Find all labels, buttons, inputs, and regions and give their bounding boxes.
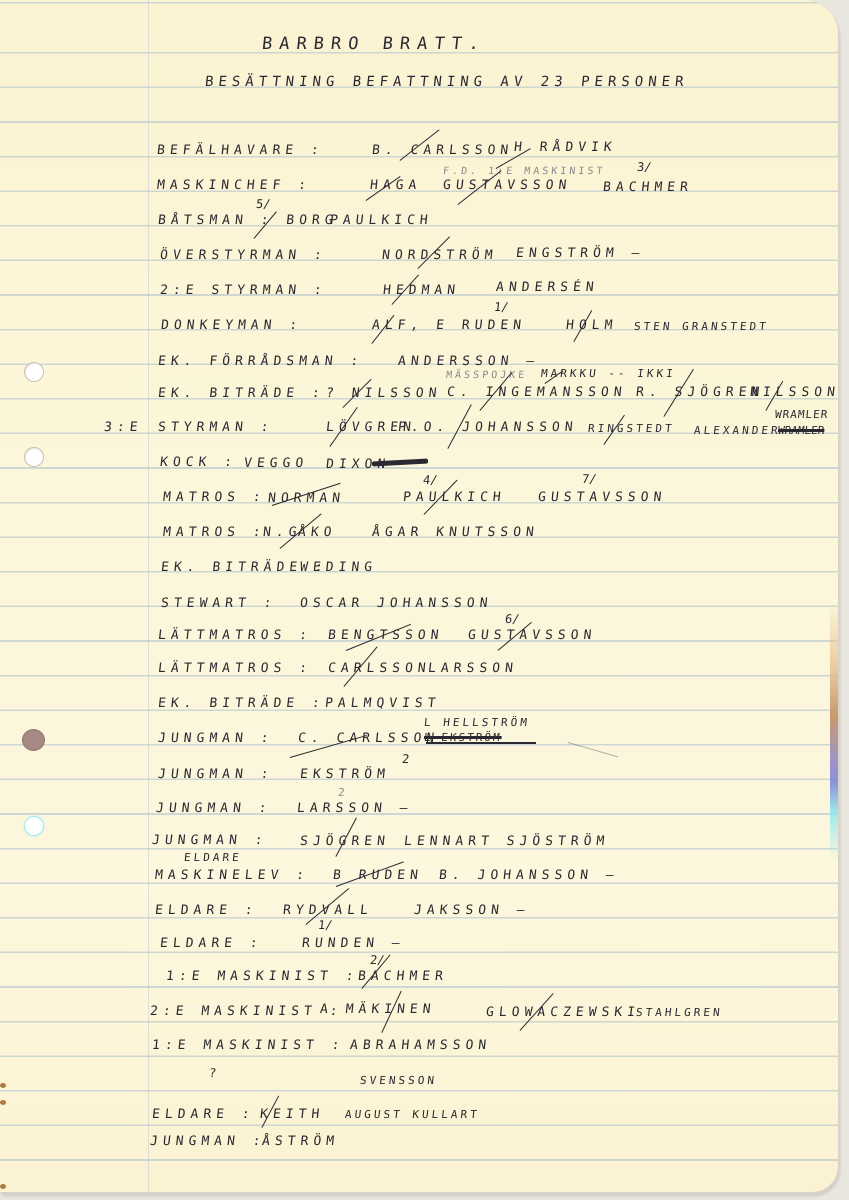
superscript-number: 6/ [504,612,520,626]
crew-name: B. JOHANSSON — [438,868,619,883]
crew-name: ALEXANDER [693,424,781,437]
role-label: DONKEYMAN : [160,318,303,333]
correction-note: L HELLSTRÖM [423,716,530,729]
punch-hole [24,362,44,382]
role-label: MASKINCHEF : [156,178,311,193]
crossed-out-name: WRAMLER [777,424,825,437]
superscript-number: 3/ [636,160,652,174]
role-label: JUNGMAN : [155,801,272,816]
superscript-number: 2 [401,752,410,766]
role-label: 2:E MASKINIST : [149,1004,343,1019]
crew-name: ALF, E RUDEN [371,318,526,333]
role-label: KOCK : [159,455,238,470]
document-subtitle: BESÄTTNING BEFATTNING AV 23 PERSONER [204,74,689,90]
superscript-number: 1/ [493,300,509,314]
crew-name: CARLSSON [327,661,431,676]
crew-name: OSCAR JOHANSSON [299,596,493,611]
superscript-number: 1/ [317,918,333,932]
role-label: ELDARE : [151,1107,255,1122]
superscript-number: 7/ [581,472,597,486]
crew-name: ENGSTRÖM — [515,246,645,261]
role-label: ELDARE : [159,936,263,951]
role-label: BEFÄLHAVARE : [156,143,324,158]
correction-note: WRAMLER [774,408,829,421]
role-label: LÄTTMATROS : [157,661,312,676]
role-label: STYRMAN : [157,420,274,435]
crew-name: RUNDEN — [301,936,405,951]
punch-hole [24,447,44,467]
crew-name: BACHMER [602,180,693,195]
crew-name: NORDSTRÖM [381,248,498,263]
crew-name: SVENSSON [359,1074,437,1087]
role-label: ÖVERSTYRMAN : [159,248,327,263]
crew-name: STAHLGREN [635,1006,723,1019]
crew-name: PALMQVIST [324,696,441,711]
role-label: 1:E MASKINIST : [151,1038,345,1053]
crew-name: GLOWACZEWSKI [485,1005,640,1020]
crew-name: AUGUST KULLART [344,1108,480,1121]
role-label: EK. BITRÄDE : [157,696,325,711]
underline-mark [426,742,536,744]
edge-discoloration [830,600,838,860]
pencil-note: MÄSSPOJKE [445,370,527,381]
crew-name: HOLM [565,318,618,333]
crew-name: A MÄKINEN [319,1002,436,1017]
crew-name: R. SJÖGREN [635,385,765,400]
binder-mark [0,1184,6,1189]
binder-mark [0,1100,6,1105]
role-label: MASKINELEV : [154,868,309,883]
role-label: MATROS : [162,490,266,505]
role-label: STEWART : [160,596,277,611]
role-label: 2:E STYRMAN : [159,283,327,298]
crew-name: LARSSON — [296,801,413,816]
pencil-note: F.D. 1:E MASKINIST [442,166,606,177]
role-label: BÅTSMAN : BORG [157,213,338,228]
crew-name: ÅSTRÖM [261,1134,340,1149]
role-label: ELDARE : [154,903,258,918]
pencil-note: 2 [337,786,348,799]
crew-name: RINGSTEDT [587,422,675,435]
crew-name: STEN GRANSTEDT [633,320,769,333]
punch-hole [24,816,44,836]
stray-stroke [568,742,618,757]
margin-note: 3:E [103,420,143,435]
crew-name: HEDMAN [382,283,461,298]
crew-name: LARSSON [427,661,518,676]
crew-name: C. INGEMANSSON [446,385,627,400]
crew-name: B. CARLSSON [371,143,514,158]
crew-name: EKSTRÖM [299,767,390,782]
crew-name: GUSTAVSSON [467,628,597,643]
crew-name: GUSTAVSSON [537,490,667,505]
crew-name: GUSTAVSSON [442,178,572,193]
document-title: BARBRO BRATT. [261,34,487,54]
superscript-number: 4/ [422,473,438,487]
crew-name: LENNART SJÖSTRÖM [403,834,610,849]
crew-name: ? NILSSON [325,386,442,401]
role-label: JUNGMAN : [157,731,274,746]
role-label: JUNGMAN : [151,833,268,848]
crew-name: BENGTSSON [327,628,444,643]
superscript-number: 5/ [255,197,271,211]
crew-name: PAULKICH [402,490,506,505]
crew-name: VEGGO [243,456,309,471]
role-label: JUNGMAN : [149,1134,266,1149]
correction-note: ELDARE [183,851,242,864]
crew-name: ÅGAR KNUTSSON [371,525,539,540]
crew-name: C. CARLSSON [297,731,440,746]
role-label: EK. FÖRRÅDSMAN : [157,354,364,369]
crew-name: ANDERSÉN [495,280,599,295]
crew-name: JAKSSON — [413,903,530,918]
crew-name: ABRAHAMSSON [349,1038,492,1053]
punch-hole [22,729,45,751]
notebook-page: BARBRO BRATT. BESÄTTNING BEFATTNING AV 2… [0,0,838,1192]
binder-mark [0,1083,6,1088]
crew-name: WEDING [299,560,378,575]
role-label: MATROS : [162,525,266,540]
role-label: JUNGMAN : [157,767,274,782]
crew-name: P.O. JOHANSSON [397,420,578,435]
question-mark: ? [208,1066,217,1080]
crew-name: ANDERSSON — [397,354,540,369]
crew-name: PAULKICH [329,213,433,228]
role-label: LÄTTMATROS : [157,628,312,643]
role-label: 1:E MASKINIST : [165,969,359,984]
crew-name: NILSSON [749,385,838,400]
role-label: EK. BITRÄDE : [157,386,325,401]
